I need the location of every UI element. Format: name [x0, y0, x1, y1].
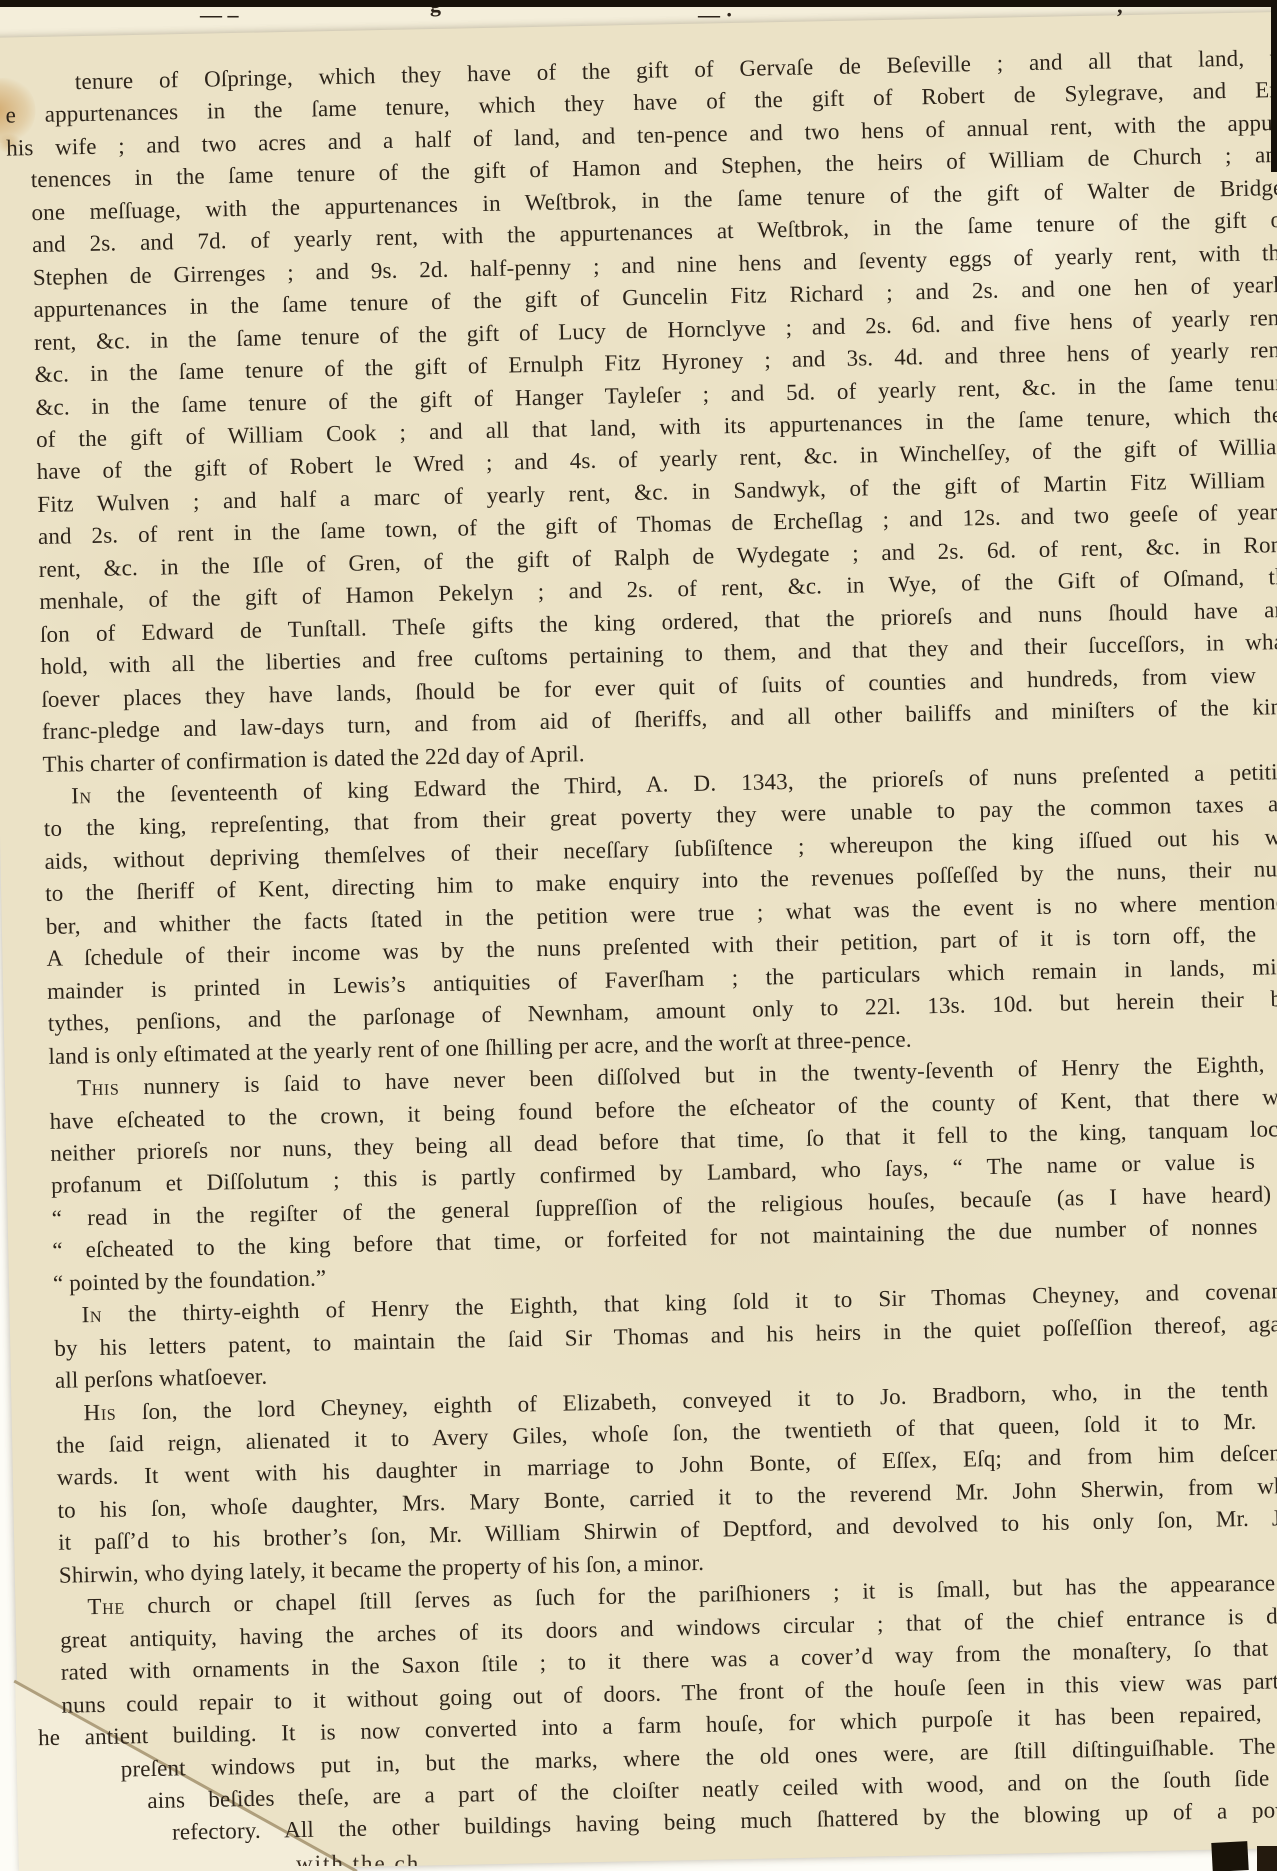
document-page: tenure of Oſpringe, which they have of t…: [0, 11, 1277, 1871]
cut-text-fragment: ’: [1116, 6, 1123, 29]
small-caps-lead-word: His: [83, 1399, 116, 1425]
page-text: tenure of Oſpringe, which they have of t…: [0, 11, 1277, 1852]
cut-text-fragments-top: — –g— ·’: [0, 6, 1277, 29]
small-caps-lead-word: In: [81, 1302, 102, 1327]
scan-mark-bottom-right: [1211, 1841, 1248, 1871]
small-caps-lead-word: In: [71, 783, 92, 808]
cut-text-fragment: — ·: [698, 6, 733, 28]
scan-edge-top: [0, 0, 1277, 7]
cut-text-fragment: — –: [200, 6, 239, 28]
small-caps-lead-word: The: [87, 1594, 125, 1620]
cut-text-fragment-bottom: with the ch: [296, 1851, 486, 1866]
scan-mark-bottom-right-2: [1257, 1846, 1277, 1871]
cut-text-fragment: g: [430, 6, 441, 18]
scanned-page: tenure of Oſpringe, which they have of t…: [0, 0, 1277, 1871]
scan-edge-right: [1271, 0, 1277, 172]
small-caps-lead-word: This: [77, 1075, 120, 1101]
